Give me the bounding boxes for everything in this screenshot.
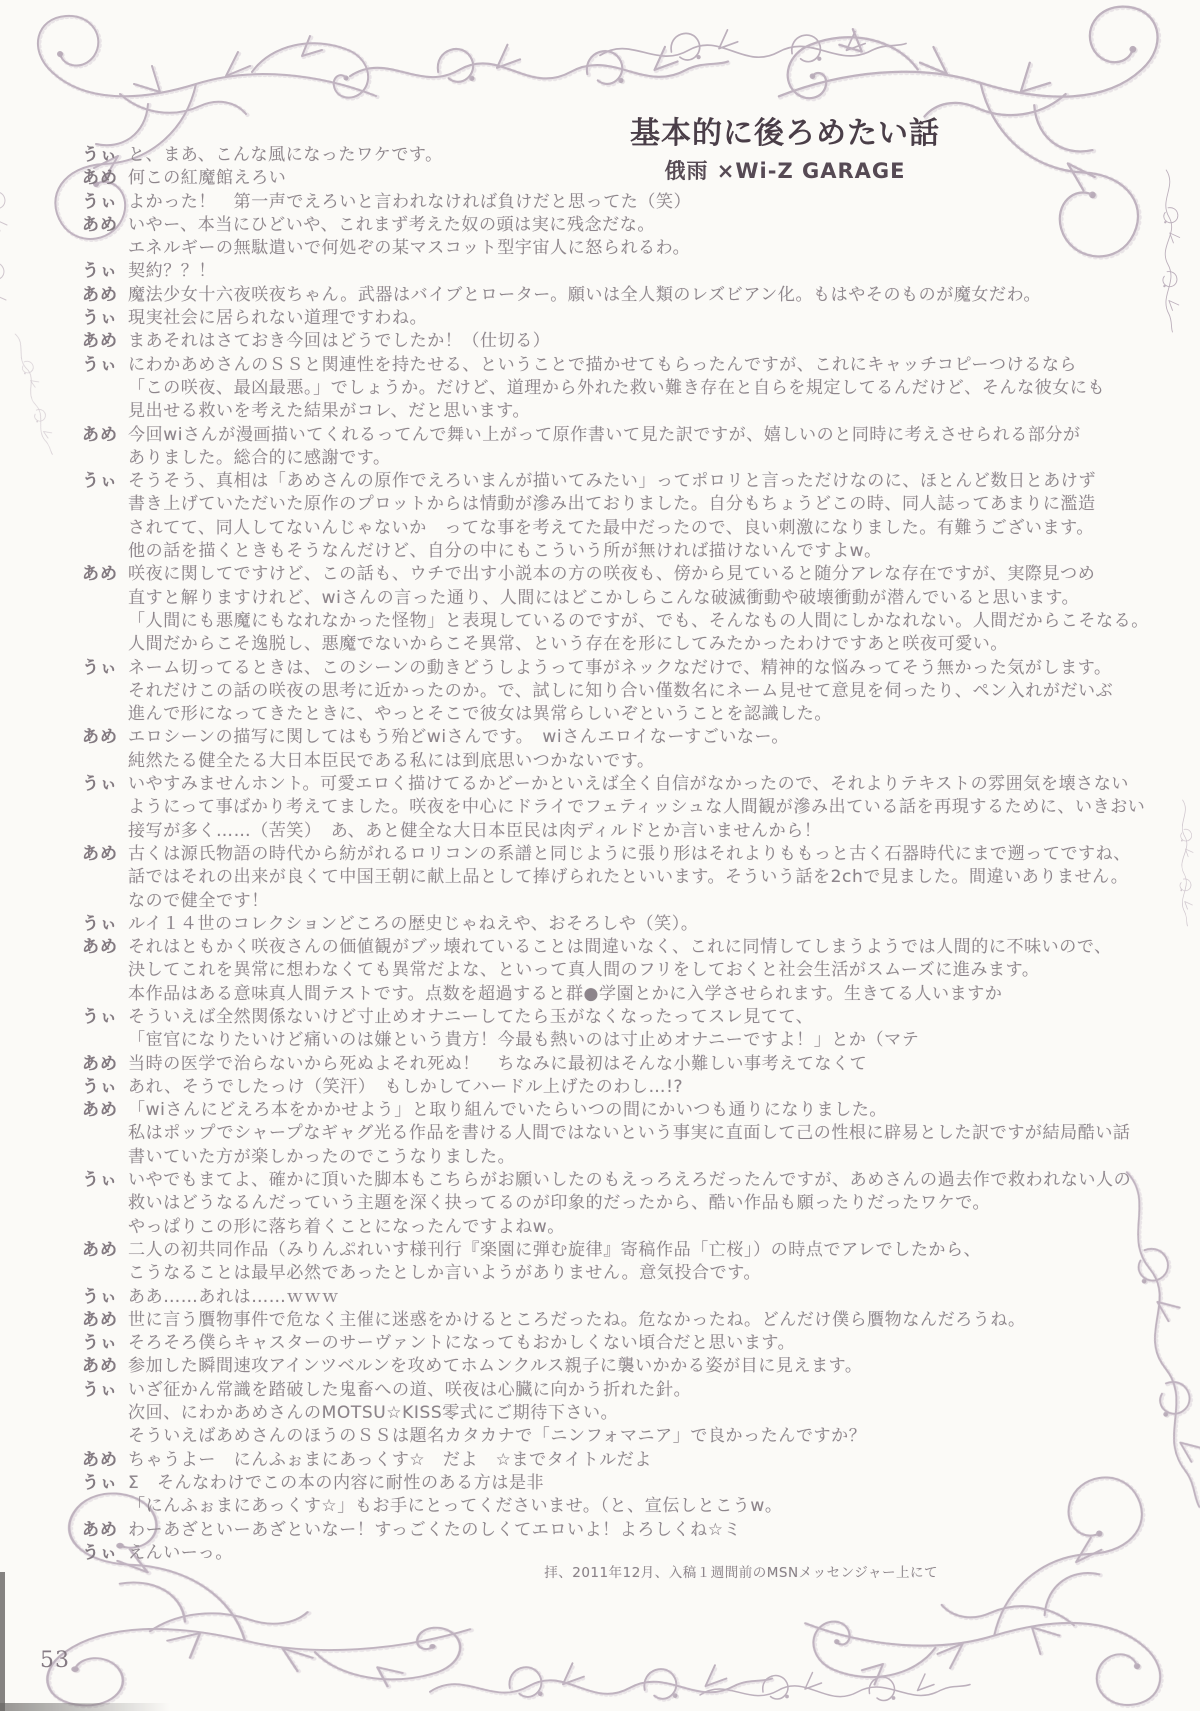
dialogue-lines: 当時の医学で治らないから死ぬよそれ死ぬ！ ちなみに最初はそんな小難しい事考えてな… (128, 1053, 1162, 1076)
speaker-label: あめ (82, 214, 128, 237)
dialogue-line: 人間だからこそ逸脱し、悪魔でないからこそ異常、という存在を形にしてみたかったわけ… (128, 633, 1162, 656)
speaker-label: あめ (82, 1309, 128, 1332)
dialogue-line: 決してこれを異常に想わなくても異常だよな、といって真人間のフリをしておくと社会生… (128, 959, 1162, 982)
dialogue-line: ああ……あれは……ｗｗｗ (128, 1286, 1162, 1309)
dialogue-line: あれ、そうでしたっけ（笑汗） もしかしてハードル上げたのわし…!? (128, 1076, 1162, 1099)
dialogue-line: 古くは源氏物語の時代から紡がれるロリコンの系譜と同じように張り形はそれよりももっ… (128, 843, 1162, 866)
dialogue-line: 書き上げていただいた原作のプロットからは情動が滲み出ておりました。自分もちょうど… (128, 493, 1162, 516)
dialogue-row: うぃいやすみませんホント。可愛エロく描けてるかどーかといえば全く自信がなかったの… (82, 773, 1162, 843)
dialogue-lines: そういえば全然関係ないけど寸止めオナニーしてたら玉がなくなったってスレ見てて、「… (128, 1006, 1162, 1053)
dialogue-lines: 参加した瞬間速攻アインツベルンを攻めてホムンクルス親子に襲いかかる姿が目に見えま… (128, 1355, 1162, 1378)
dialogue-line: 何この紅魔館えろい (128, 167, 1162, 190)
dialogue-lines: まあそれはさておき今回はどうでしたか！（仕切る） (128, 330, 1162, 353)
speaker-label: うぃ (82, 1006, 128, 1029)
dialogue-line: 直すと解りますけれど、wiさんの言った通り、人間にはどこかしらこんな破滅衝動や破… (128, 587, 1162, 610)
dialogue-line: 現実社会に居られない道理ですわね。 (128, 307, 1162, 330)
dialogue-row: うぃよかった！ 第一声でえろいと言われなければ負けだと思ってた（笑） (82, 191, 1162, 214)
dialogue-lines: あれ、そうでしたっけ（笑汗） もしかしてハードル上げたのわし…!? (128, 1076, 1162, 1099)
dialogue-lines: 「wiさんにどえろ本をかかせよう」と取り組んでいたらいつの間にかいつも通りになり… (128, 1099, 1162, 1169)
scan-edge-artifact (0, 1703, 170, 1711)
dialogue-lines: いやすみませんホント。可愛エロく描けてるかどーかといえば全く自信がなかったので、… (128, 773, 1162, 843)
dialogue-line: いやすみませんホント。可愛エロく描けてるかどーかといえば全く自信がなかったので、… (128, 773, 1162, 796)
closing-note: 拝、2011年12月、入稿１週間前のMSNメッセンジャー上にて (540, 1561, 938, 1581)
dialogue-line: 契約？？！ (128, 260, 1162, 283)
dialogue-row: うぃあれ、そうでしたっけ（笑汗） もしかしてハードル上げたのわし…!? (82, 1076, 1162, 1099)
dialogue-line: 他の話を描くときもそうなんだけど、自分の中にもこういう所が無ければ描けないんです… (128, 540, 1162, 563)
dialogue-row: うぃΣ そんなわけでこの本の内容に耐性のある方は是非「にんふぉまにあっくす☆」も… (82, 1472, 1162, 1519)
speaker-label: あめ (82, 1099, 128, 1122)
dialogue-row: あめエロシーンの描写に関してはもう殆どwiさんです。 wiさんエロイなーすごいな… (82, 726, 1162, 773)
dialogue-line: ちゃうよー にんふぉまにあっくす☆ だよ ☆までタイトルだよ (128, 1449, 1162, 1472)
speaker-label: あめ (82, 1449, 128, 1472)
dialogue-line: やっぱりこの形に落ち着くことになったんですよねw。 (128, 1216, 1162, 1239)
dialogue-line: 咲夜に関してですけど、この話も、ウチで出す小説本の方の咲夜も、傍から見ていると随… (128, 563, 1162, 586)
dialogue-line: なので健全です！ (128, 890, 1162, 913)
speaker-label: うぃ (82, 1169, 128, 1192)
dialogue-row: あめ参加した瞬間速攻アインツベルンを攻めてホムンクルス親子に襲いかかる姿が目に見… (82, 1355, 1162, 1378)
ornament-left-edge (0, 150, 7, 330)
dialogue-lines: 契約？？！ (128, 260, 1162, 283)
dialogue-line: それはともかく咲夜さんの価値観がブッ壊れていることは間違いなく、これに同情してし… (128, 936, 1162, 959)
dialogue-lines: それはともかく咲夜さんの価値観がブッ壊れていることは間違いなく、これに同情してし… (128, 936, 1162, 1006)
ornament-bottom-band (430, 1663, 772, 1699)
dialogue-line: 救いはどうなるんだっていう主題を深く抉ってるのが印象的だったから、酷い作品も願っ… (128, 1192, 1162, 1215)
speaker-label: あめ (82, 1053, 128, 1076)
dialogue-line: 次回、にわかあめさんのMOTSU☆KISS零式にご期待下さい。 (128, 1402, 1162, 1425)
dialogue: うぃと、まあ、こんな風になったワケです。あめ何この紅魔館えろいうぃよかった！ 第… (82, 144, 1162, 1565)
speaker-label: うぃ (82, 913, 128, 936)
dialogue-row: あめ何この紅魔館えろい (82, 167, 1162, 190)
dialogue-line: Σ そんなわけでこの本の内容に耐性のある方は是非 (128, 1472, 1162, 1495)
dialogue-line: と、まあ、こんな風になったワケです。 (128, 144, 1162, 167)
dialogue-line: そういえば全然関係ないけど寸止めオナニーしてたら玉がなくなったってスレ見てて、 (128, 1006, 1162, 1029)
dialogue-line: いやでもまてよ、確かに頂いた脚本もこちらがお願いしたのもえっろえろだったんですが… (128, 1169, 1162, 1192)
dialogue-lines: そうそう、真相は「あめさんの原作でえろいまんが描いてみたい」ってポロリと言っただ… (128, 470, 1162, 563)
dialogue-line: 書いていた方が楽しかったのでこうなりました。 (128, 1146, 1162, 1169)
dialogue-line: 「この咲夜、最凶最悪。」でしょうか。だけど、道理から外れた救い難き存在と自らを規… (128, 377, 1162, 400)
ornament-right-edge (1180, 800, 1193, 926)
ornament-right-edge (1163, 170, 1180, 332)
dialogue-row: うぃいやでもまてよ、確かに頂いた脚本もこちらがお願いしたのもえっろえろだったんで… (82, 1169, 1162, 1239)
dialogue-row: あめそれはともかく咲夜さんの価値観がブッ壊れていることは間違いなく、これに同情し… (82, 936, 1162, 1006)
dialogue-line: それだけこの話の咲夜の思考に近かったのか。で、試しに知り合い僅数名にネーム見せて… (128, 680, 1162, 703)
ornament-top-band (600, 30, 906, 62)
speaker-label: うぃ (82, 1286, 128, 1309)
dialogue-line: よかった！ 第一声でえろいと言われなければ負けだと思ってた（笑） (128, 191, 1162, 214)
dialogue-lines: ちゃうよー にんふぉまにあっくす☆ だよ ☆までタイトルだよ (128, 1449, 1162, 1472)
dialogue-row: うぃと、まあ、こんな風になったワケです。 (82, 144, 1162, 167)
dialogue-line: 「wiさんにどえろ本をかかせよう」と取り組んでいたらいつの間にかいつも通りになり… (128, 1099, 1162, 1122)
ornament-left-edge (13, 331, 58, 456)
speaker-label: うぃ (82, 657, 128, 680)
speaker-label: うぃ (82, 307, 128, 330)
dialogue-line: 接写が多く……（苦笑） あ、あと健全な大日本臣民は肉ディルドとか言いませんから！ (128, 820, 1162, 843)
dialogue-line: 純然たる健全たる大日本臣民である私には到底思いつかないです。 (128, 750, 1162, 773)
dialogue-lines: 現実社会に居られない道理ですわね。 (128, 307, 1162, 330)
speaker-label: あめ (82, 424, 128, 447)
dialogue-row: あめ「wiさんにどえろ本をかかせよう」と取り組んでいたらいつの間にかいつも通りに… (82, 1099, 1162, 1169)
dialogue-line: 進んで形になってきたときに、やっとそこで彼女は異常らしいぞということを認識した。 (128, 703, 1162, 726)
speaker-label: うぃ (82, 1076, 128, 1099)
doujin-afterword-page: 基本的に後ろめたい話 俄雨 ×Wi-Z GARAGE うぃと、まあ、こんな風にな… (0, 0, 1200, 1711)
dialogue-lines: 魔法少女十六夜咲夜ちゃん。武器はバイブとローター。願いは全人類のレズビアン化。も… (128, 284, 1162, 307)
dialogue-line: そうそう、真相は「あめさんの原作でえろいまんが描いてみたい」ってポロリと言っただ… (128, 470, 1162, 493)
dialogue-line: エネルギーの無駄遣いで何処ぞの某マスコット型宇宙人に怒られるわ。 (128, 237, 1162, 260)
dialogue-lines: そろそろ僕らキャスターのサーヴァントになってもおかしくない頃合だと思います。 (128, 1332, 1162, 1355)
dialogue-row: あめ古くは源氏物語の時代から紡がれるロリコンの系譜と同じように張り形はそれよりも… (82, 843, 1162, 913)
dialogue-lines: よかった！ 第一声でえろいと言われなければ負けだと思ってた（笑） (128, 191, 1162, 214)
dialogue-row: あめわーあざといーあざといなー！すっごくたのしくてエロいよ！よろしくね☆ミ (82, 1519, 1162, 1542)
speaker-label: あめ (82, 1355, 128, 1378)
dialogue-lines: 何この紅魔館えろい (128, 167, 1162, 190)
speaker-label: あめ (82, 726, 128, 749)
speaker-label: うぃ (82, 354, 128, 377)
dialogue-row: うぃそろそろ僕らキャスターのサーヴァントになってもおかしくない頃合だと思います。 (82, 1332, 1162, 1355)
dialogue-lines: 咲夜に関してですけど、この話も、ウチで出す小説本の方の咲夜も、傍から見ていると随… (128, 563, 1162, 656)
dialogue-line: 本作品はある意味真人間テストです。点数を超過すると群●学園とかに入学させられます… (128, 983, 1162, 1006)
dialogue-row: あめちゃうよー にんふぉまにあっくす☆ だよ ☆までタイトルだよ (82, 1449, 1162, 1472)
dialogue-lines: いざ征かん常識を踏破した鬼畜への道、咲夜は心臓に向かう折れた針。次回、にわかあめ… (128, 1379, 1162, 1449)
dialogue-lines: わーあざといーあざといなー！すっごくたのしくてエロいよ！よろしくね☆ミ (128, 1519, 1162, 1542)
speaker-label: うぃ (82, 470, 128, 493)
dialogue-lines: にわかあめさんのＳＳと関連性を持たせる、ということで描かせてもらったんですが、こ… (128, 354, 1162, 424)
dialogue-row: うぃいざ征かん常識を踏破した鬼畜への道、咲夜は心臓に向かう折れた針。次回、にわか… (82, 1379, 1162, 1449)
dialogue-line: にわかあめさんのＳＳと関連性を持たせる、ということで描かせてもらったんですが、こ… (128, 354, 1162, 377)
speaker-label: うぃ (82, 144, 128, 167)
speaker-label: あめ (82, 1239, 128, 1262)
speaker-label: うぃ (82, 773, 128, 796)
dialogue-lines: エロシーンの描写に関してはもう殆どwiさんです。 wiさんエロイなーすごいなー。… (128, 726, 1162, 773)
speaker-label: あめ (82, 1519, 128, 1542)
dialogue-line: 「人間にも悪魔にもなれなかった怪物」と表現しているのですが、でも、そんなもの人間… (128, 610, 1162, 633)
dialogue-lines: 世に言う贋物事件で危なく主催に迷惑をかけるところだったね。危なかったね。どんだけ… (128, 1309, 1162, 1332)
dialogue-line: ありました。総合的に感謝です。 (128, 447, 1162, 470)
dialogue-row: うぃああ……あれは……ｗｗｗ (82, 1286, 1162, 1309)
dialogue-row: あめ咲夜に関してですけど、この話も、ウチで出す小説本の方の咲夜も、傍から見ている… (82, 563, 1162, 656)
speaker-label: うぃ (82, 191, 128, 214)
dialogue-line: 当時の医学で治らないから死ぬよそれ死ぬ！ ちなみに最初はそんな小難しい事考えてな… (128, 1053, 1162, 1076)
dialogue-row: うぃそうそう、真相は「あめさんの原作でえろいまんが描いてみたい」ってポロリと言っ… (82, 470, 1162, 563)
dialogue-line: 参加した瞬間速攻アインツベルンを攻めてホムンクルス親子に襲いかかる姿が目に見えま… (128, 1355, 1162, 1378)
scan-edge-artifact (0, 1572, 5, 1711)
dialogue-row: うぃネーム切ってるときは、このシーンの動きどうしようって事がネックなだけで、精神… (82, 657, 1162, 727)
dialogue-line: 私はポップでシャープなギャグ光る作品を書ける人間ではないという事実に直面して己の… (128, 1122, 1162, 1145)
speaker-label: あめ (82, 843, 128, 866)
dialogue-line: そういえばあめさんのほうのＳＳは題名カタカナで「ニンフォマニア」で良かったんです… (128, 1425, 1162, 1448)
dialogue-line: 魔法少女十六夜咲夜ちゃん。武器はバイブとローター。願いは全人類のレズビアン化。も… (128, 284, 1162, 307)
dialogue-lines: ネーム切ってるときは、このシーンの動きどうしようって事がネックなだけで、精神的な… (128, 657, 1162, 727)
dialogue-row: あめ今回wiさんが漫画描いてくれるってんで舞い上がって原作書いて見た訳ですが、嬉… (82, 424, 1162, 471)
dialogue-lines: ああ……あれは……ｗｗｗ (128, 1286, 1162, 1309)
dialogue-line: そろそろ僕らキャスターのサーヴァントになってもおかしくない頃合だと思います。 (128, 1332, 1162, 1355)
speaker-label: あめ (82, 563, 128, 586)
dialogue-row: あめ当時の医学で治らないから死ぬよそれ死ぬ！ ちなみに最初はそんな小難しい事考え… (82, 1053, 1162, 1076)
dialogue-row: あめ二人の初共同作品（みりんぷれいす様刊行『楽園に弾む旋律』寄稿作品「亡桜」）の… (82, 1239, 1162, 1286)
dialogue-row: あめ魔法少女十六夜咲夜ちゃん。武器はバイブとローター。願いは全人類のレズビアン化… (82, 284, 1162, 307)
dialogue-line: まあそれはさておき今回はどうでしたか！（仕切る） (128, 330, 1162, 353)
speaker-label: うぃ (82, 1379, 128, 1402)
speaker-label: うぃ (82, 1472, 128, 1495)
dialogue-line: 世に言う贋物事件で危なく主催に迷惑をかけるところだったね。危なかったね。どんだけ… (128, 1309, 1162, 1332)
speaker-label: あめ (82, 330, 128, 353)
dialogue-line: されてて、同人してないんじゃないか ってな事を考えてた最中だったので、良い刺激に… (128, 517, 1162, 540)
ornament-top-band (350, 45, 728, 84)
dialogue-lines: 二人の初共同作品（みりんぷれいす様刊行『楽園に弾む旋律』寄稿作品「亡桜」）の時点… (128, 1239, 1162, 1286)
page-number: 53 (40, 1648, 70, 1673)
dialogue-row: あめいやー、本当にひどいや、これまず考えた奴の頭は実に残念だな。エネルギーの無駄… (82, 214, 1162, 261)
speaker-label: うぃ (82, 260, 128, 283)
dialogue-line: エロシーンの描写に関してはもう殆どwiさんです。 wiさんエロイなーすごいなー。 (128, 726, 1162, 749)
dialogue-row: あめまあそれはさておき今回はどうでしたか！（仕切る） (82, 330, 1162, 353)
dialogue-line: わーあざといーあざといなー！すっごくたのしくてエロいよ！よろしくね☆ミ (128, 1519, 1162, 1542)
dialogue-lines: 今回wiさんが漫画描いてくれるってんで舞い上がって原作書いて見た訳ですが、嬉しい… (128, 424, 1162, 471)
dialogue-line: ルイ１４世のコレクションどころの歴史じゃねえや、おそろしや（笑）。 (128, 913, 1162, 936)
dialogue-line: 今回wiさんが漫画描いてくれるってんで舞い上がって原作書いて見た訳ですが、嬉しい… (128, 424, 1162, 447)
dialogue-row: うぃそういえば全然関係ないけど寸止めオナニーしてたら玉がなくなったってスレ見てて… (82, 1006, 1162, 1053)
dialogue-row: うぃにわかあめさんのＳＳと関連性を持たせる、ということで描かせてもらったんですが… (82, 354, 1162, 424)
dialogue-line: ネーム切ってるときは、このシーンの動きどうしようって事がネックなだけで、精神的な… (128, 657, 1162, 680)
dialogue-line: 話ではそれの出来が良くて中国王朝に献上品として捧げられたといいます。そういう話を… (128, 866, 1162, 889)
dialogue-row: うぃ現実社会に居られない道理ですわね。 (82, 307, 1162, 330)
dialogue-line: いざ征かん常識を踏破した鬼畜への道、咲夜は心臓に向かう折れた針。 (128, 1379, 1162, 1402)
speaker-label: うぃ (82, 1542, 128, 1565)
dialogue-line: 二人の初共同作品（みりんぷれいす様刊行『楽園に弾む旋律』寄稿作品「亡桜」）の時点… (128, 1239, 1162, 1262)
dialogue-line: 「宦官になりたいけど痛いのは嫌という貴方！今最も熱いのは寸止めオナニーですよ！」… (128, 1029, 1162, 1052)
dialogue-line: ようにって事ばかり考えてました。咲夜を中心にドライでフェティッシュな人間観が滲み… (128, 796, 1162, 819)
dialogue-line: いやー、本当にひどいや、これまず考えた奴の頭は実に残念だな。 (128, 214, 1162, 237)
dialogue-lines: いやでもまてよ、確かに頂いた脚本もこちらがお願いしたのもえっろえろだったんですが… (128, 1169, 1162, 1239)
dialogue-row: うぃ契約？？！ (82, 260, 1162, 283)
speaker-label: あめ (82, 936, 128, 959)
dialogue-lines: ルイ１４世のコレクションどころの歴史じゃねえや、おそろしや（笑）。 (128, 913, 1162, 936)
dialogue-line: こうなることは最早必然であったとしか言いようがありません。意気投合です。 (128, 1262, 1162, 1285)
dialogue-lines: と、まあ、こんな風になったワケです。 (128, 144, 1162, 167)
dialogue-lines: いやー、本当にひどいや、これまず考えた奴の頭は実に残念だな。エネルギーの無駄遣い… (128, 214, 1162, 261)
dialogue-line: 見出せる救いを考えた結果がコレ、だと思います。 (128, 400, 1162, 423)
ornament-bottom-band (700, 1673, 970, 1701)
speaker-label: うぃ (82, 1332, 128, 1355)
dialogue-lines: Σ そんなわけでこの本の内容に耐性のある方は是非「にんふぉまにあっくす☆」もお手… (128, 1472, 1162, 1519)
dialogue-lines: 古くは源氏物語の時代から紡がれるロリコンの系譜と同じように張り形はそれよりももっ… (128, 843, 1162, 913)
dialogue-row: あめ世に言う贋物事件で危なく主催に迷惑をかけるところだったね。危なかったね。どん… (82, 1309, 1162, 1332)
dialogue-row: うぃルイ１４世のコレクションどころの歴史じゃねえや、おそろしや（笑）。 (82, 913, 1162, 936)
speaker-label: あめ (82, 284, 128, 307)
speaker-label: あめ (82, 167, 128, 190)
dialogue-line: 「にんふぉまにあっくす☆」もお手にとってくださいませ。（と、宣伝しとこうw。 (128, 1495, 1162, 1518)
